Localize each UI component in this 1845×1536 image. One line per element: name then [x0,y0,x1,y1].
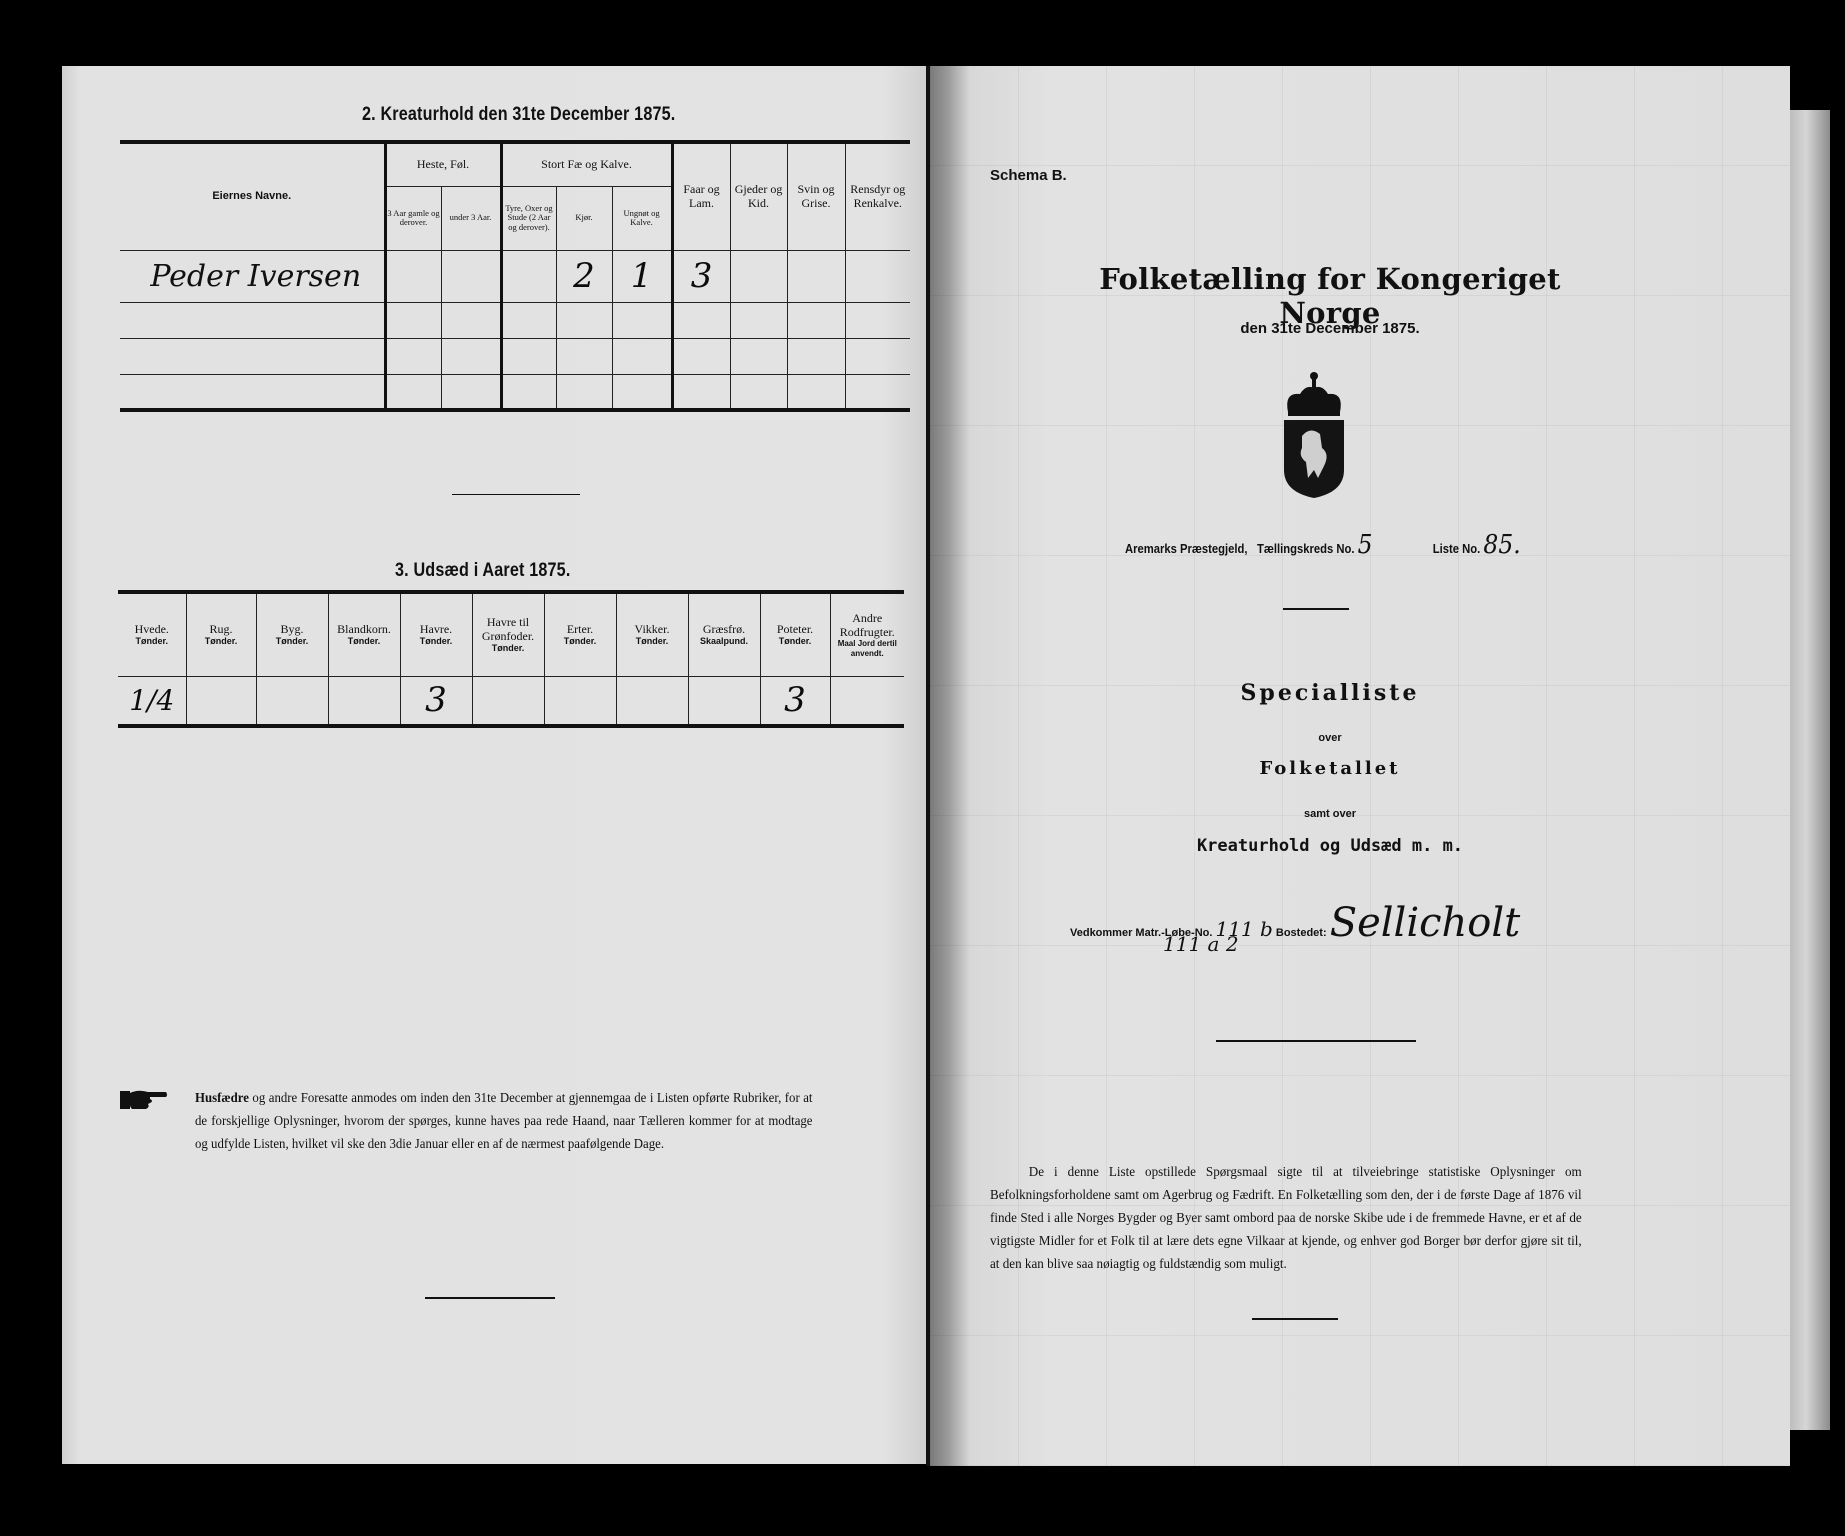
owner-name: Peder Iversen [120,250,385,302]
census-date: den 31te December 1875. [1070,320,1590,337]
col-ungnot: Ungnøt og Kalve. [612,186,672,250]
table-row [120,374,910,410]
livestock-table: Eiernes Navne. Heste, Føl. Stort Fæ og K… [120,140,910,412]
col-havre: Havre.Tønder. [400,592,472,676]
matr-line: Vedkommer Matr.-Løbe-No. 111 b Bostedet:… [1070,900,1520,946]
cell-poteter: 3 [760,676,830,726]
col-poteter: Poteter.Tønder. [760,592,830,676]
cell [544,676,616,726]
matr-number-2: 111 a 2 [1163,932,1239,956]
divider [425,1297,555,1299]
cell [730,250,787,302]
notice-text: Husfædre og andre Foresatte anmodes om i… [195,1086,813,1155]
col-havre-gronfoder: Havre til Grønfoder.Tønder. [472,592,544,676]
owner-header: Eiernes Navne. [120,142,385,250]
cattle-group-header: Stort Fæ og Kalve. [501,142,672,186]
cell [256,676,328,726]
col-heste-under3: under 3 Aar. [441,186,501,250]
cell [385,250,441,302]
cell-kjoer: 2 [556,250,612,302]
cell-havre: 3 [400,676,472,726]
col-vikker: Vikker.Tønder. [616,592,688,676]
cell [845,250,910,302]
cell [787,250,845,302]
col-gjeder: Gjeder og Kid. [730,142,787,250]
col-blandkorn: Blandkorn.Tønder. [328,592,400,676]
cell-faar: 3 [672,250,730,302]
col-heste-3aar: 3 Aar gamle og derover. [385,186,441,250]
cell-ungnot: 1 [612,250,672,302]
table-row [120,338,910,374]
cell [616,676,688,726]
table-row: 1/4 3 3 [118,676,904,726]
divider [1283,608,1349,610]
page-edge [1790,110,1830,1430]
schema-label: Schema B. [990,167,1067,184]
cell [328,676,400,726]
table-row [120,302,910,338]
divider [1216,1040,1416,1042]
col-andre-rodfrugter: Andre Rodfrugter.Maal Jord dertil anvend… [830,592,904,676]
col-byg: Byg.Tønder. [256,592,328,676]
livestock-title: 2. Kreaturhold den 31te December 1875. [362,104,675,126]
cell [186,676,256,726]
col-svin: Svin og Grise. [787,142,845,250]
col-rensdyr: Rensdyr og Renkalve. [845,142,910,250]
cell [472,676,544,726]
cell [501,250,556,302]
cell [830,676,904,726]
kreaturhold-title: Kreaturhold og Udsæd m. m. [1070,836,1590,856]
over-label: over [1070,732,1590,744]
col-faar: Faar og Lam. [672,142,730,250]
table-row: Peder Iversen 2 1 3 [120,250,910,302]
cell [441,250,501,302]
col-tyre: Tyre, Oxer og Stude (2 Aar og derover). [501,186,556,250]
folketallet-title: Folketallet [1070,758,1590,779]
coat-of-arms-icon [1278,370,1350,500]
col-erter: Erter.Tønder. [544,592,616,676]
pointing-hand-icon [120,1089,168,1111]
tally-number: 5 [1358,530,1373,560]
col-kjoer: Kjør. [556,186,612,250]
bosted-name: Sellicholt [1330,900,1521,946]
samt-over-label: samt over [1070,808,1590,820]
horses-group-header: Heste, Føl. [385,142,501,186]
sowing-table: Hvede.Tønder. Rug.Tønder. Byg.Tønder. Bl… [118,590,904,728]
col-rug: Rug.Tønder. [186,592,256,676]
col-graesfro: Græsfrø.Skaalpund. [688,592,760,676]
specialliste-title: Specialliste [1070,680,1590,706]
sowing-title: 3. Udsæd i Aaret 1875. [395,560,570,582]
divider [1252,1318,1338,1320]
cell-hvede: 1/4 [118,676,186,726]
col-hvede: Hvede.Tønder. [118,592,186,676]
list-number: 85. [1483,530,1520,560]
divider [452,494,580,495]
district-line: Aremarks Præstegjeld, Tællingskreds No. … [1125,530,1521,560]
cell [688,676,760,726]
intro-text: De i denne Liste opstillede Spørgsmaal s… [990,1160,1582,1275]
